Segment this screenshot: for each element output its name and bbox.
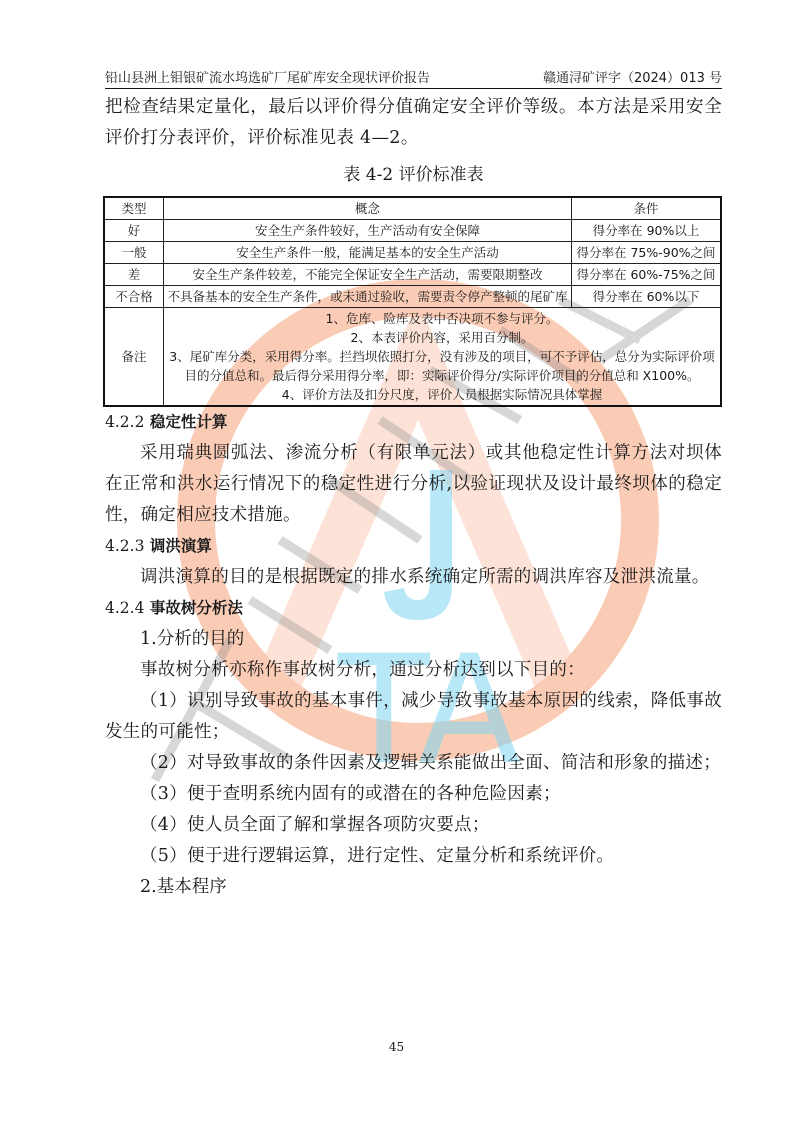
notes-cell: 1、危库、险库及表中否决项不参与评分。 2、本表评价内容，采用百分制。 3、尾矿… bbox=[164, 308, 722, 407]
section-body-stability: 采用瑞典圆弧法、渗流分析（有限单元法）或其他稳定性计算方法对坝体在正常和洪水运行… bbox=[105, 438, 722, 531]
table-caption: 表 4-2 评价标准表 bbox=[105, 160, 722, 190]
table-notes-row: 备注 1、危库、险库及表中否决项不参与评分。 2、本表评价内容，采用百分制。 3… bbox=[104, 308, 721, 407]
fault-tree-intro: 事故树分析亦称作事故树分析，通过分析达到以下目的： bbox=[105, 655, 722, 686]
section-body-flood-routing: 调洪演算的目的是根据既定的排水系统确定所需的调洪库容及泄洪流量。 bbox=[105, 562, 722, 593]
list-item: （3）便于查明系统内固有的或潜在的各种危险因素； bbox=[105, 779, 722, 810]
section-heading-fault-tree: 4.2.4 事故树分析法 bbox=[105, 593, 722, 624]
note-item: 3、尾矿库分类，采用得分率。拦挡坝依照打分，没有涉及的项目，可不予评估，总分为实… bbox=[165, 347, 719, 385]
table-row: 好 安全生产条件较好，生产活动有安全保障 得分率在 90%以上 bbox=[104, 220, 721, 242]
row-concept: 安全生产条件较差，不能完全保证安全生产活动，需要限期整改 bbox=[164, 264, 572, 286]
row-type: 不合格 bbox=[104, 286, 164, 308]
row-type: 一般 bbox=[104, 242, 164, 264]
row-type: 好 bbox=[104, 220, 164, 242]
row-condition: 得分率在 60%以下 bbox=[572, 286, 722, 308]
table-row: 不合格 不具备基本的安全生产条件，或未通过验收，需要责令停产整顿的尾矿库 得分率… bbox=[104, 286, 721, 308]
list-item: （2）对导致事故的条件因素及逻辑关系能做出全面、简洁和形象的描述； bbox=[105, 748, 722, 779]
section-heading-stability: 4.2.2 稳定性计算 bbox=[105, 407, 722, 438]
evaluation-standard-table: 类型 概念 条件 好 安全生产条件较好，生产活动有安全保障 得分率在 90%以上… bbox=[103, 196, 722, 407]
page-number: 45 bbox=[0, 1040, 793, 1054]
document-number: 赣通浔矿评字（2024）013 号 bbox=[543, 70, 722, 88]
intro-paragraph: 把检查结果定量化，最后以评价得分值确定安全评价等级。本方法是采用安全评价打分表评… bbox=[105, 92, 722, 154]
list-item: （1）识别导致事故的基本事件，减少导致事故基本原因的线索，降低事故发生的可能性； bbox=[105, 686, 722, 748]
column-header-condition: 条件 bbox=[572, 197, 722, 220]
subheading-purpose: 1.分析的目的 bbox=[105, 624, 722, 655]
row-condition: 得分率在 60%-75%之间 bbox=[572, 264, 722, 286]
table-row: 差 安全生产条件较差，不能完全保证安全生产活动，需要限期整改 得分率在 60%-… bbox=[104, 264, 721, 286]
notes-label: 备注 bbox=[104, 308, 164, 407]
table-header-row: 类型 概念 条件 bbox=[104, 197, 721, 220]
row-condition: 得分率在 75%-90%之间 bbox=[572, 242, 722, 264]
row-type: 差 bbox=[104, 264, 164, 286]
note-item: 1、危库、险库及表中否决项不参与评分。 bbox=[165, 309, 719, 328]
table-row: 一般 安全生产条件一般，能满足基本的安全生产活动 得分率在 75%-90%之间 bbox=[104, 242, 721, 264]
list-item: （4）使人员全面了解和掌握各项防灾要点； bbox=[105, 810, 722, 841]
row-condition: 得分率在 90%以上 bbox=[572, 220, 722, 242]
column-header-type: 类型 bbox=[104, 197, 164, 220]
note-item: 2、本表评价内容，采用百分制。 bbox=[165, 328, 719, 347]
column-header-concept: 概念 bbox=[164, 197, 572, 220]
row-concept: 不具备基本的安全生产条件，或未通过验收，需要责令停产整顿的尾矿库 bbox=[164, 286, 572, 308]
report-title: 铅山县洲上钼银矿流水坞选矿厂尾矿库安全现状评价报告 bbox=[105, 70, 430, 88]
note-item: 4、评价方法及扣分尺度，评价人员根据实际情况具体掌握 bbox=[165, 385, 719, 404]
row-concept: 安全生产条件一般，能满足基本的安全生产活动 bbox=[164, 242, 572, 264]
list-item: （5）便于进行逻辑运算，进行定性、定量分析和系统评价。 bbox=[105, 841, 722, 872]
subheading-procedure: 2.基本程序 bbox=[105, 872, 722, 903]
section-heading-flood-routing: 4.2.3 调洪演算 bbox=[105, 531, 722, 562]
page-content: 把检查结果定量化，最后以评价得分值确定安全评价等级。本方法是采用安全评价打分表评… bbox=[105, 92, 722, 903]
row-concept: 安全生产条件较好，生产活动有安全保障 bbox=[164, 220, 572, 242]
page-header: 铅山县洲上钼银矿流水坞选矿厂尾矿库安全现状评价报告 赣通浔矿评字（2024）01… bbox=[105, 68, 722, 89]
